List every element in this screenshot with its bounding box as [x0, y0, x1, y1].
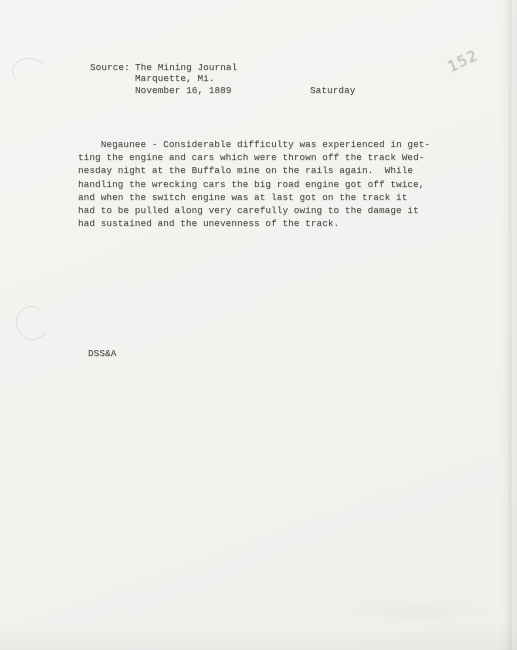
source-weekday: Saturday — [310, 85, 355, 96]
article-body: Negaunee - Considerable difficulty was e… — [78, 138, 438, 230]
source-label: Source: — [90, 62, 130, 73]
scan-artifact-smudge-bottom-right — [327, 595, 507, 625]
scan-artifact-paper-edge-bottom — [0, 624, 517, 650]
source-location: Marquette, Mi. — [135, 73, 237, 84]
source-date: November 16, 1889 — [135, 85, 237, 96]
scanned-document-page: Source: The Mining JournalMarquette, Mi.… — [0, 0, 517, 650]
railroad-abbreviation-note: DSS&A — [88, 348, 116, 360]
source-publication: The Mining Journal — [135, 62, 237, 73]
handwritten-pencil-number: 152 — [445, 46, 481, 76]
scan-artifact-paper-edge-right — [501, 0, 517, 650]
source-details: The Mining JournalMarquette, Mi.November… — [135, 62, 237, 96]
scan-artifact-arc-middle-left — [13, 303, 51, 343]
scan-artifact-arc-top-left — [10, 56, 50, 89]
